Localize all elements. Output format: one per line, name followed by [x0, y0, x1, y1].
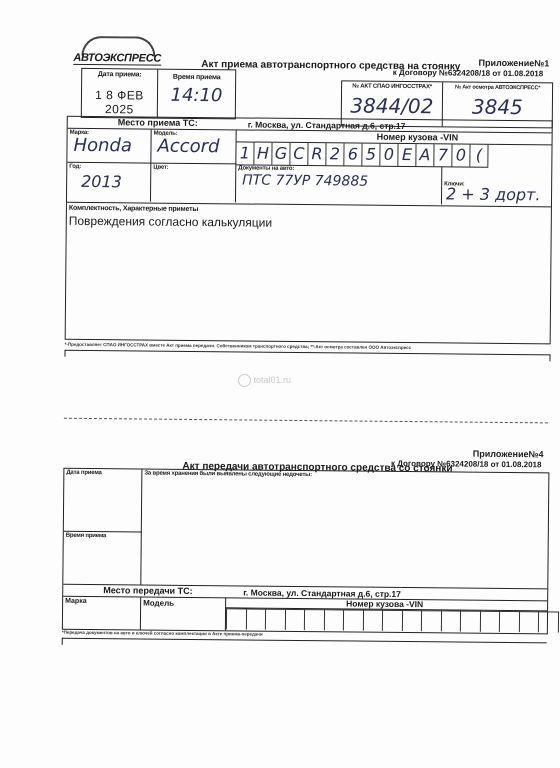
vin-char-cell: 7	[434, 144, 452, 166]
vin-empty-cell	[480, 611, 500, 632]
datetime-box: Дата приема: 1 8 ФЕВ 2025 Время приема 1…	[81, 68, 236, 119]
vin-empty-cell	[441, 610, 461, 631]
watermark: total01.ru	[238, 374, 291, 387]
model-value: Accord	[157, 136, 235, 158]
top-signature-row	[64, 350, 550, 362]
time-label: Время приема	[158, 74, 235, 82]
time-value: 14:10	[158, 85, 235, 107]
features-value: Повреждения согласно калькуляции	[69, 214, 551, 233]
top-title: Акт приема автотранспортного средства на…	[201, 59, 460, 72]
top-appendix: Приложение№1	[479, 58, 550, 69]
vin-empty-cell	[422, 610, 442, 631]
vin-empty-cell	[383, 610, 403, 631]
vin-empty-cell	[519, 611, 539, 632]
place-value: г. Москва, ул. Стандартная д.6, стр.17	[248, 119, 406, 131]
vin-empty-cell	[324, 609, 344, 630]
vin-char-cell: 6	[344, 143, 362, 165]
top-main-form: Место приема ТС: г. Москва, ул. Стандарт…	[65, 116, 553, 345]
date-label: Дата приема:	[82, 71, 157, 79]
return-brand-label: Марка	[65, 598, 138, 606]
vin-char-cell: 2	[326, 143, 344, 165]
return-place-label: Место передачи ТС:	[103, 585, 192, 596]
brand-value: Honda	[73, 135, 150, 157]
cut-line	[64, 418, 548, 424]
vin-label: Номер кузова -VIN	[377, 132, 459, 143]
vin-empty-cell	[402, 610, 422, 631]
vin-char-cell: 0	[380, 144, 398, 166]
vin-empty-cell	[266, 609, 286, 630]
vin-char-cell: G	[272, 143, 290, 165]
vin-char-cell: E	[398, 144, 416, 166]
return-model-label: Модель	[143, 599, 223, 609]
color-label: Цвет:	[153, 165, 233, 172]
defects-label: За время хранения были выявлены следующи…	[144, 471, 546, 481]
return-time-label: Время приема	[66, 533, 139, 540]
vin-empty-cell	[344, 609, 364, 630]
vin-empty-cell	[246, 609, 266, 630]
vin-char-cell: A	[416, 144, 434, 166]
return-vin-label: Номер кузова -VIN	[346, 598, 423, 609]
act-spao-label: № АКТ СПАО ИНГОССТРАХ*	[342, 83, 442, 90]
vin-empty-cell	[285, 609, 305, 630]
bottom-appendix: Приложение№4	[473, 449, 544, 460]
color-value	[151, 172, 235, 173]
vin-empty-cell	[363, 610, 383, 631]
keys-value: 2 + 3 дорт.	[446, 184, 551, 204]
logo-text: АВТОЭКСПРЕСС	[73, 52, 161, 66]
vin-empty-cell	[539, 611, 559, 632]
date-stamp: 1 8 ФЕВ 2025	[82, 88, 157, 117]
bottom-main-form: Дата приема Время приема За время хранен…	[62, 468, 550, 635]
act-spao-value: 3844/02	[342, 93, 442, 118]
vin-char-cell: (	[470, 145, 488, 167]
return-date-label: Дата приема	[66, 470, 139, 477]
act-inspection-label: № Акт осмотра АВТОЭКСПРЕСС*	[443, 84, 552, 91]
logo: АВТОЭКСПРЕСС	[73, 36, 161, 66]
top-footnote: *-Предоставляет СПАО ИНГОССТРАХ вместе А…	[65, 342, 412, 350]
vin-empty-cell	[226, 608, 247, 629]
place-label: Место приема ТС:	[118, 117, 198, 128]
vin-char-cell: 0	[452, 144, 470, 166]
vin-empty-cell	[305, 609, 325, 630]
act-inspection-value: 3845	[443, 94, 552, 119]
year-value: 2013	[81, 172, 150, 192]
watermark-logo-icon	[238, 374, 251, 387]
watermark-text: total01.ru	[254, 375, 292, 385]
vin-char-cell: C	[290, 143, 308, 165]
bottom-footnote: *Передача документов на авто и ключей со…	[62, 630, 263, 637]
return-vin-cells	[226, 608, 559, 633]
vin-char-cell: H	[254, 143, 272, 165]
vin-char-cell: R	[308, 143, 326, 165]
vin-char-cell: 5	[362, 144, 380, 166]
vin-char-cell: 1	[236, 142, 254, 164]
docs-value: ПТС 77УР 749885	[242, 172, 441, 190]
vin-empty-cell	[461, 611, 481, 632]
bottom-signature-row	[62, 638, 547, 650]
year-label: Год:	[69, 164, 148, 171]
vin-empty-cell	[500, 611, 520, 632]
